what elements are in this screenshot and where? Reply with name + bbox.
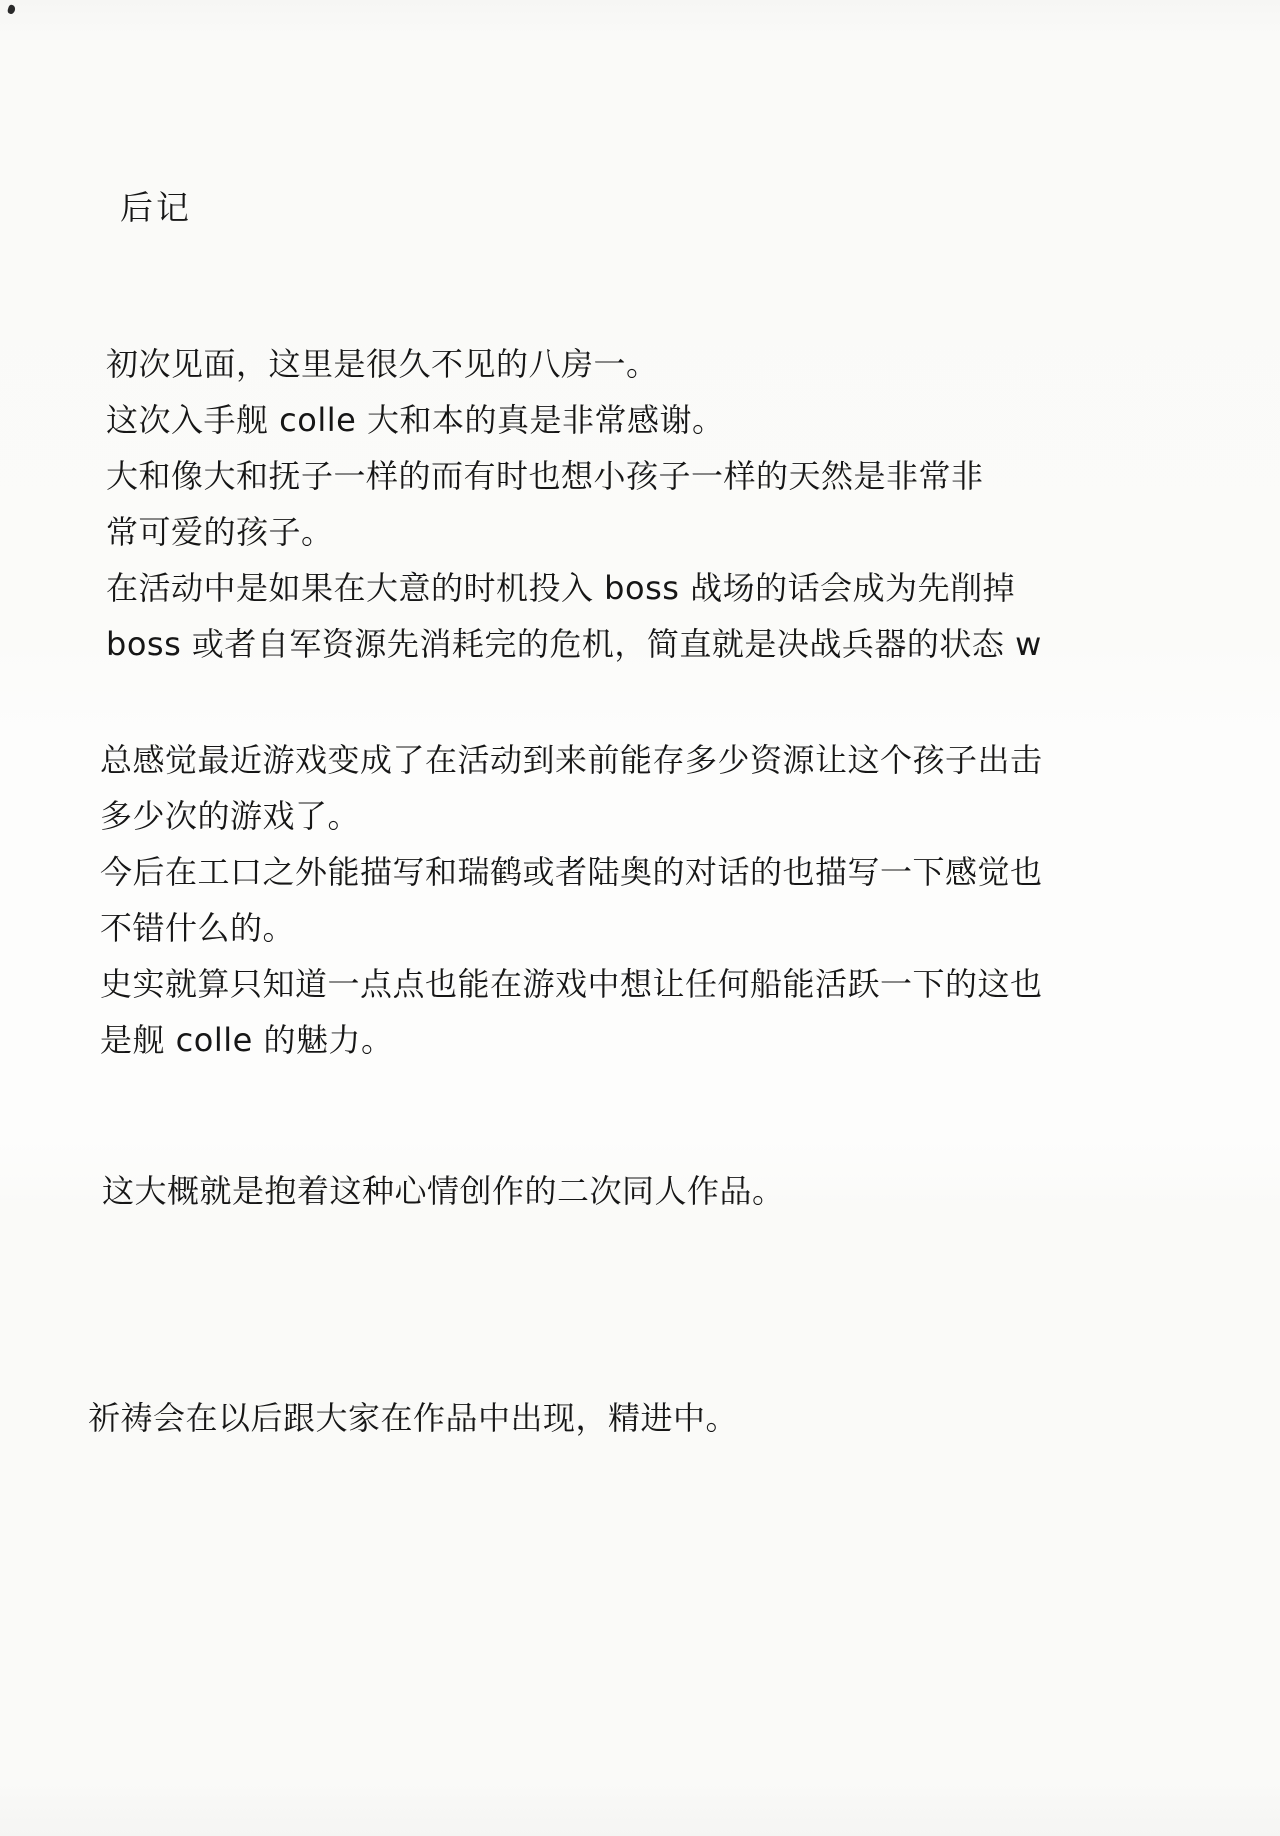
text-line: 这次入手舰 colle 大和本的真是非常感谢。	[106, 392, 1042, 448]
text-line: 祈祷会在以后跟大家在作品中出现，精进中。	[88, 1390, 738, 1446]
text-line: 史实就算只知道一点点也能在游戏中想让任何船能活跃一下的这也	[100, 956, 1043, 1012]
paragraph-greeting: 初次见面，这里是很久不见的八房一。 这次入手舰 colle 大和本的真是非常感谢…	[106, 336, 1042, 672]
text-line: 多少次的游戏了。	[100, 788, 1043, 844]
text-line: 不错什么的。	[100, 900, 1043, 956]
text-line: 在活动中是如果在大意的时机投入 boss 战场的话会成为先削掉	[106, 560, 1042, 616]
paragraph-final-note: 祈祷会在以后跟大家在作品中出现，精进中。	[88, 1390, 738, 1446]
text-line: 大和像大和抚子一样的而有时也想小孩子一样的天然是非常非	[106, 448, 1042, 504]
text-line: boss 或者自军资源先消耗完的危机，简直就是决战兵器的状态 w	[106, 616, 1042, 672]
text-line: 初次见面，这里是很久不见的八房一。	[106, 336, 1042, 392]
paragraph-game-thoughts: 总感觉最近游戏变成了在活动到来前能存多少资源让这个孩子出击 多少次的游戏了。 今…	[100, 732, 1043, 1068]
text-line: 这大概就是抱着这种心情创作的二次同人作品。	[102, 1163, 785, 1219]
paragraph-closing: 这大概就是抱着这种心情创作的二次同人作品。	[102, 1163, 785, 1219]
text-line: 是舰 colle 的魅力。	[100, 1012, 1043, 1068]
scanned-afterword-page: 后记 初次见面，这里是很久不见的八房一。 这次入手舰 colle 大和本的真是非…	[0, 0, 1280, 1836]
page-title: 后记	[120, 182, 192, 229]
text-line: 常可爱的孩子。	[106, 504, 1042, 560]
text-line: 今后在工口之外能描写和瑞鹤或者陆奥的对话的也描写一下感觉也	[100, 844, 1043, 900]
text-line: 总感觉最近游戏变成了在活动到来前能存多少资源让这个孩子出击	[100, 732, 1043, 788]
scan-artifact	[7, 4, 16, 15]
